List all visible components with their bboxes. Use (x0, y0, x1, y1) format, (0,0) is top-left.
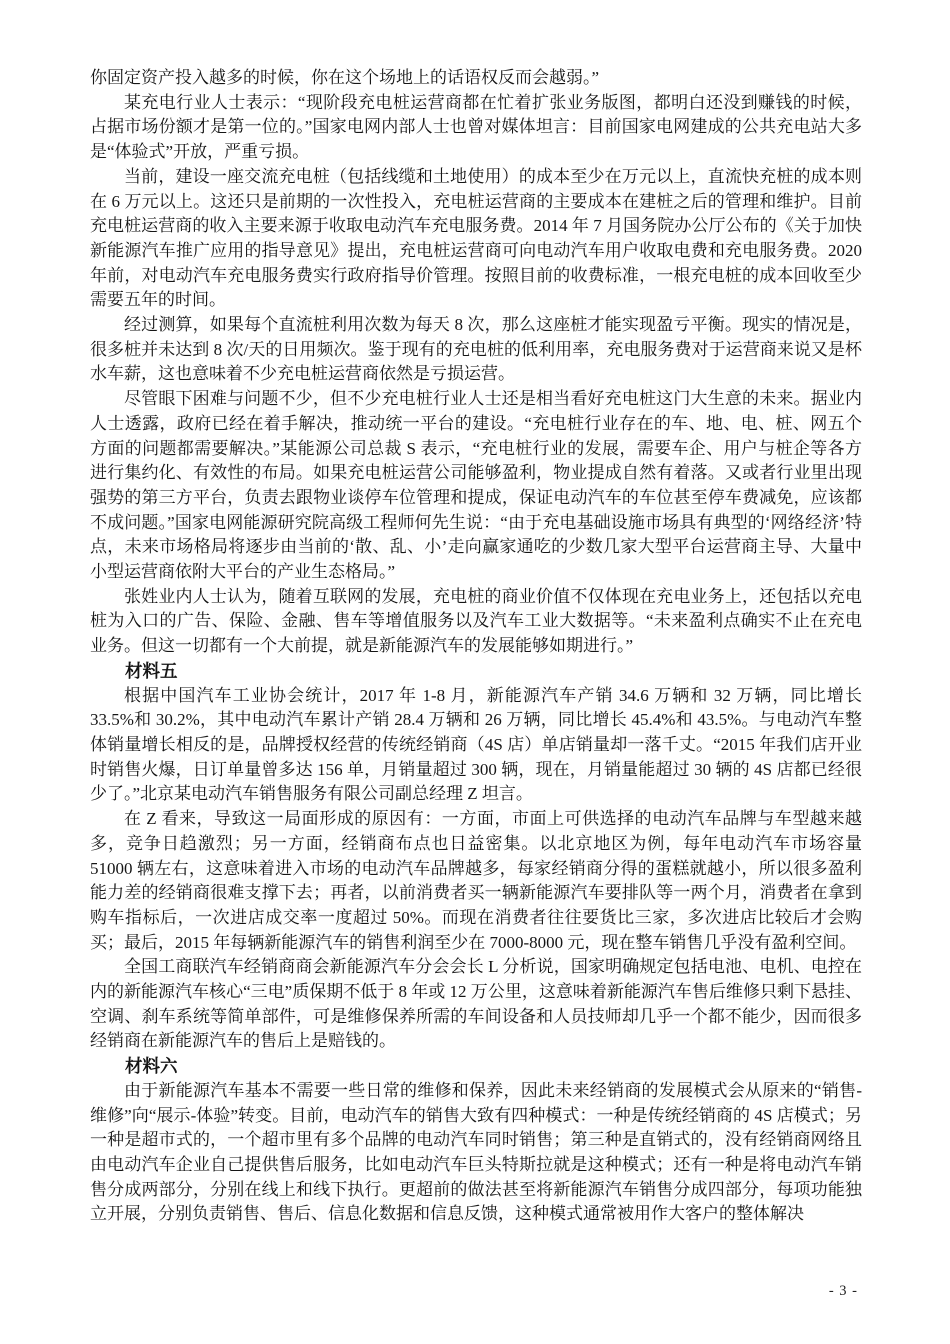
paragraph: 张姓业内人士认为，随着互联网的发展，充电桩的商业价值不仅体现在充电业务上，还包括… (90, 585, 862, 659)
document-body: 你固定资产投入越多的时候，你在这个场地上的话语权反而会越弱。”某充电行业人士表示… (90, 66, 862, 1227)
paragraph: 经过测算，如果每个直流桩利用次数为每天 8 次，那么这座桩才能实现盈亏平衡。现实… (90, 313, 862, 387)
paragraph: 由于新能源汽车基本不需要一些日常的维修和保养，因此未来经销商的发展模式会从原来的… (90, 1079, 862, 1227)
page-number: - 3 - (829, 1283, 858, 1299)
paragraph: 根据中国汽车工业协会统计，2017 年 1-8 月，新能源汽车产销 34.6 万… (90, 684, 862, 808)
section-heading: 材料六 (90, 1054, 862, 1079)
paragraph: 你固定资产投入越多的时候，你在这个场地上的话语权反而会越弱。” (90, 66, 862, 91)
paragraph: 当前，建设一座交流充电桩（包括线缆和土地使用）的成本至少在万元以上，直流快充桩的… (90, 165, 862, 313)
paragraph: 尽管眼下困难与问题不少，但不少充电桩行业人士还是相当看好充电桩这门大生意的未来。… (90, 387, 862, 585)
paragraph: 某充电行业人士表示：“现阶段充电桩运营商都在忙着扩张业务版图，都明白还没到赚钱的… (90, 91, 862, 165)
paragraph: 在 Z 看来，导致这一局面形成的原因有：一方面，市面上可供选择的电动汽车品牌与车… (90, 807, 862, 955)
document-page: 你固定资产投入越多的时候，你在这个场地上的话语权反而会越弱。”某充电行业人士表示… (0, 0, 950, 1344)
paragraph: 全国工商联汽车经销商商会新能源汽车分会会长 L 分析说，国家明确规定包括电池、电… (90, 955, 862, 1054)
section-heading: 材料五 (90, 659, 862, 684)
